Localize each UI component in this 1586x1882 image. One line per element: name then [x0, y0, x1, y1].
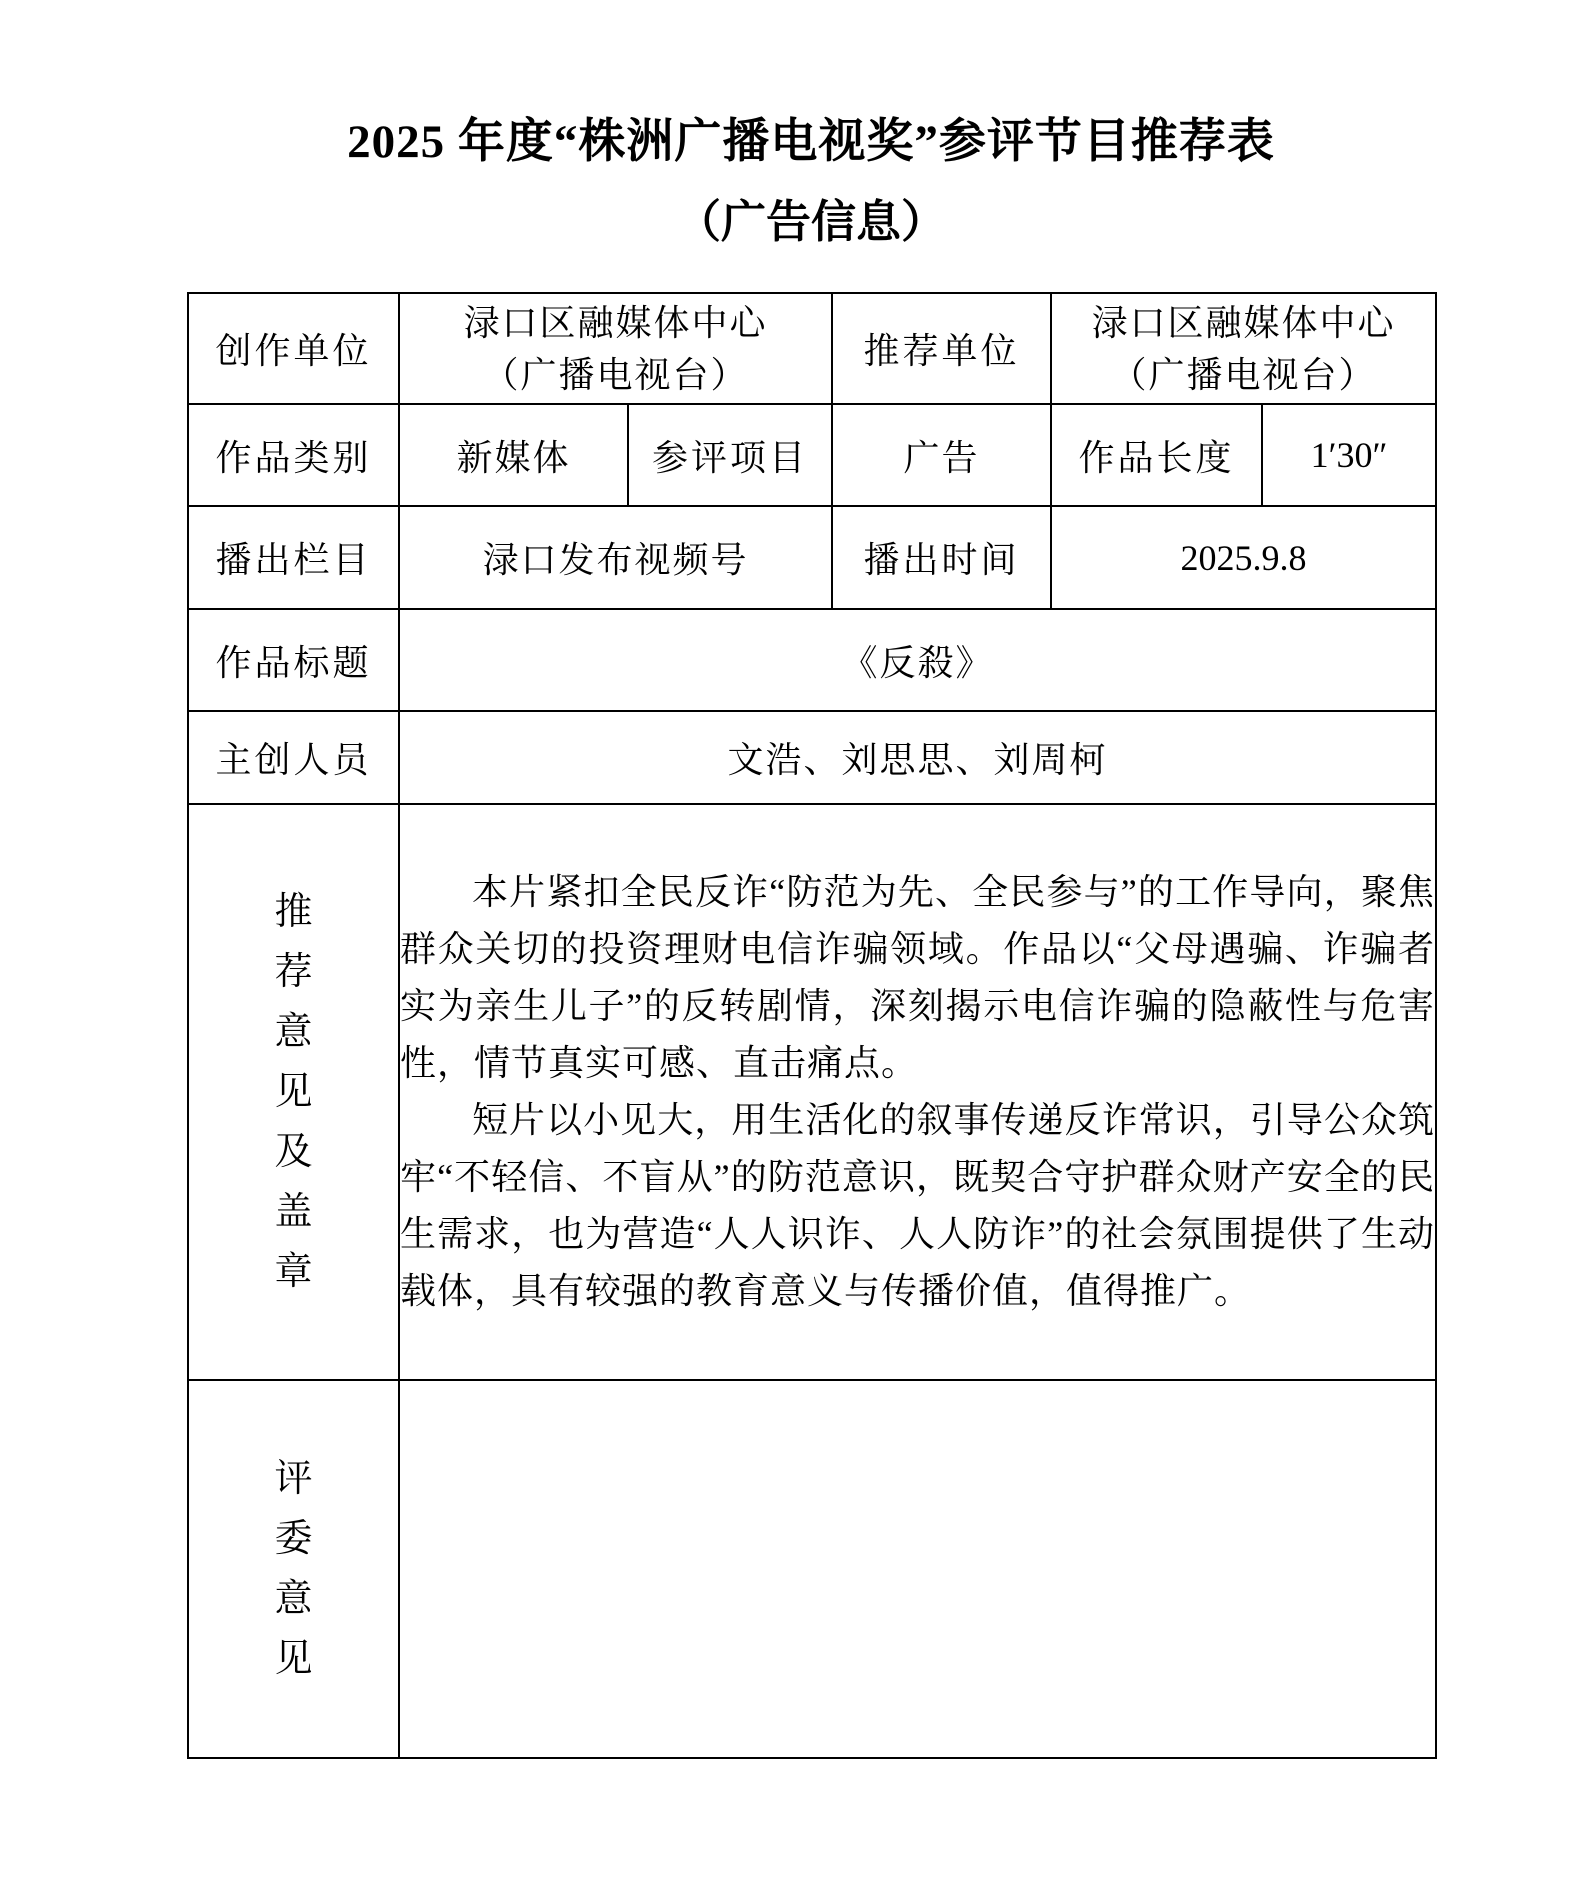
row-main-creators: 主创人员 文浩、刘思思、刘周柯	[188, 711, 1436, 804]
broadcast-column-label: 播出栏目	[188, 506, 399, 609]
broadcast-time-label: 播出时间	[832, 506, 1051, 609]
creation-unit-label: 创作单位	[188, 293, 399, 404]
recommendation-form-table: 创作单位 渌口区融媒体中心 （广播电视台） 推荐单位 渌口区融媒体中心 （广播电…	[187, 292, 1437, 1759]
row-work-title: 作品标题 《反殺》	[188, 609, 1436, 711]
opinion-paragraph-2: 短片以小见大，用生活化的叙事传递反诈常识，引导公众筑牢“不轻信、不盲从”的防范意…	[400, 1092, 1435, 1320]
document-subtitle: （广告信息）	[187, 194, 1435, 250]
recommend-unit-label: 推荐单位	[832, 293, 1051, 404]
work-length-value: 1′30″	[1262, 404, 1436, 506]
recommend-unit-value-line1: 渌口区融媒体中心	[1052, 297, 1435, 349]
main-creators-label: 主创人员	[188, 711, 399, 804]
work-category-label: 作品类别	[188, 404, 399, 506]
jury-opinion-label-cell: 评委意见	[188, 1380, 399, 1758]
jury-opinion-cell	[399, 1380, 1436, 1758]
work-title-label: 作品标题	[188, 609, 399, 711]
main-creators-value: 文浩、刘思思、刘周柯	[399, 711, 1436, 804]
recommendation-opinion-cell: 本片紧扣全民反诈“防范为先、全民参与”的工作导向，聚焦群众关切的投资理财电信诈骗…	[399, 804, 1436, 1380]
broadcast-time-value: 2025.9.8	[1051, 506, 1436, 609]
creation-unit-value-line1: 渌口区融媒体中心	[400, 297, 831, 349]
recommendation-opinion-label-cell: 推荐意见及盖章	[188, 804, 399, 1380]
broadcast-column-value: 渌口发布视频号	[399, 506, 832, 609]
jury-opinion-label: 评委意见	[272, 1449, 315, 1689]
entry-item-value: 广告	[832, 404, 1051, 506]
recommendation-opinion-label: 推荐意见及盖章	[272, 882, 315, 1302]
document-title-block: 2025 年度“株洲广播电视奖”参评节目推荐表 （广告信息）	[187, 112, 1435, 250]
row-creation-unit: 创作单位 渌口区融媒体中心 （广播电视台） 推荐单位 渌口区融媒体中心 （广播电…	[188, 293, 1436, 404]
document-page: 2025 年度“株洲广播电视奖”参评节目推荐表 （广告信息） 创作单位 渌口区融…	[0, 0, 1586, 1882]
work-title-value: 《反殺》	[399, 609, 1436, 711]
row-jury-opinion: 评委意见	[188, 1380, 1436, 1758]
row-recommendation-opinion: 推荐意见及盖章 本片紧扣全民反诈“防范为先、全民参与”的工作导向，聚焦群众关切的…	[188, 804, 1436, 1380]
entry-item-label: 参评项目	[628, 404, 832, 506]
recommend-unit-value-line2: （广播电视台）	[1052, 349, 1435, 401]
row-work-category: 作品类别 新媒体 参评项目 广告 作品长度 1′30″	[188, 404, 1436, 506]
opinion-paragraph-1: 本片紧扣全民反诈“防范为先、全民参与”的工作导向，聚焦群众关切的投资理财电信诈骗…	[400, 864, 1435, 1092]
creation-unit-value: 渌口区融媒体中心 （广播电视台）	[399, 293, 832, 404]
work-category-value: 新媒体	[399, 404, 628, 506]
recommend-unit-value: 渌口区融媒体中心 （广播电视台）	[1051, 293, 1436, 404]
row-broadcast-column: 播出栏目 渌口发布视频号 播出时间 2025.9.8	[188, 506, 1436, 609]
work-length-label: 作品长度	[1051, 404, 1262, 506]
document-title: 2025 年度“株洲广播电视奖”参评节目推荐表	[187, 112, 1435, 172]
creation-unit-value-line2: （广播电视台）	[400, 349, 831, 401]
